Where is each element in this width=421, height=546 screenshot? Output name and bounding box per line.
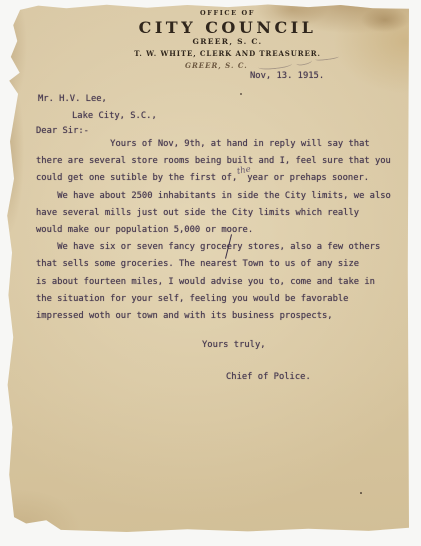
handwritten-insertion: the	[236, 163, 249, 182]
recipient-address: Lake City, S.C.,	[72, 111, 157, 121]
scanned-letter-background: OFFICE OF CITY COUNCIL GREER, S. C. T. W…	[0, 0, 421, 546]
paragraph-3-text-end: ry stores, also a few others that sells …	[36, 242, 380, 321]
letterhead-clerk-line: T. W. WHITE, CLERK AND TREASURER.	[46, 49, 409, 58]
letterhead-city-line: GREER, S. C.	[46, 37, 409, 46]
letterhead-office-line: OFFICE OF	[46, 9, 409, 17]
dateline-printed-place: GREER, S. C.	[185, 61, 248, 70]
pencil-scribble-mark	[296, 57, 313, 66]
letter-paper: OFFICE OF CITY COUNCIL GREER, S. C. T. W…	[6, 4, 409, 533]
salutation: Dear Sir:-	[36, 126, 89, 136]
typed-date: Nov, 13. 1915.	[250, 71, 324, 81]
ink-speck	[240, 93, 242, 95]
letter-body: Yours of Nov, 9th, at hand in reply will…	[36, 136, 408, 325]
letterhead-title: CITY COUNCIL	[46, 19, 409, 36]
pencil-scribble-mark	[258, 60, 293, 71]
paragraph-2: We have about 2500 inhabitants in side t…	[36, 188, 408, 240]
paragraph-1-text-end: year or prehaps sooner.	[247, 173, 369, 183]
paragraph-1: Yours of Nov, 9th, at hand in reply will…	[36, 136, 408, 188]
closing: Yours truly,	[202, 340, 266, 350]
signature-line: Chief of Police.	[226, 372, 311, 382]
paragraph-3-text-start: We have six or seven fancy groce	[36, 242, 227, 252]
ink-strikethrough-letter: e	[227, 239, 232, 256]
letterhead: OFFICE OF CITY COUNCIL GREER, S. C. T. W…	[6, 9, 409, 58]
paragraph-3: We have six or seven fancy groceery stor…	[36, 239, 408, 325]
recipient-name: Mr. H.V. Lee,	[38, 94, 107, 104]
ink-speck	[360, 492, 362, 494]
